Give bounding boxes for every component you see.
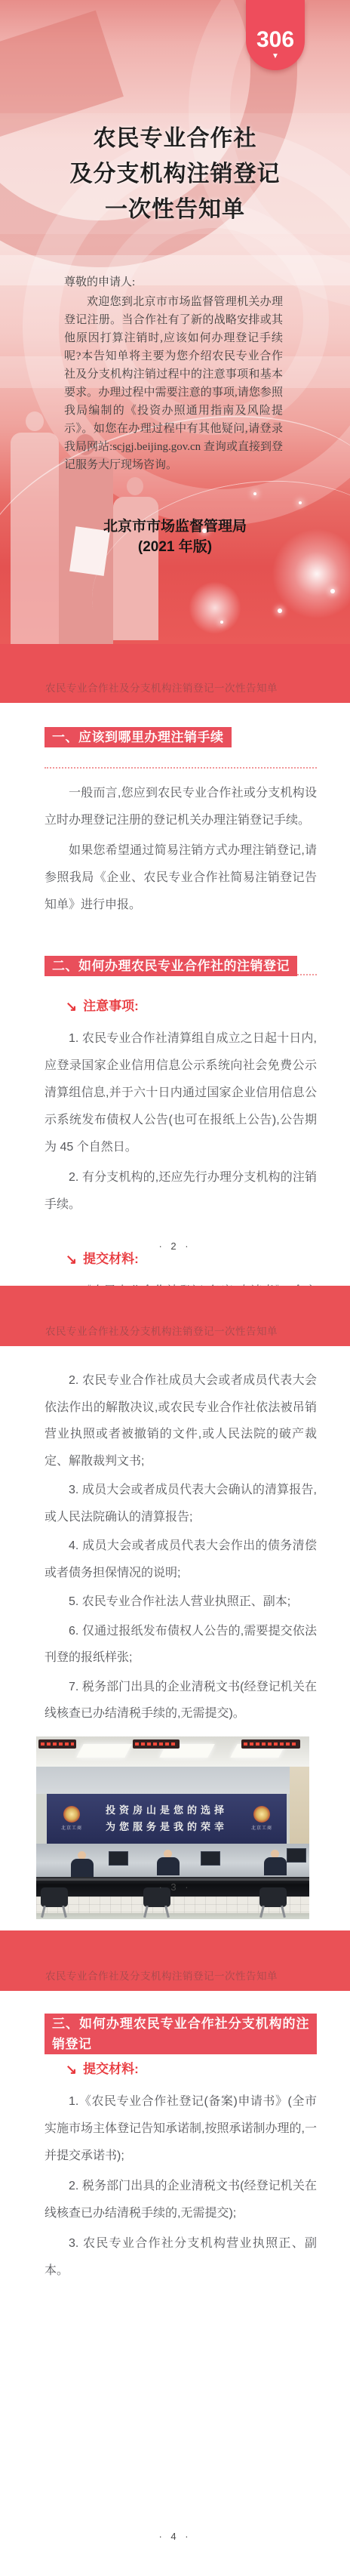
staff-figure: [262, 1850, 288, 1875]
banner-line: 投资房山是您的选择: [106, 1802, 228, 1819]
issuer-name: 北京市市场监督管理局: [0, 516, 350, 537]
section-1-heading: 一、应该到哪里办理注销手续: [45, 703, 317, 769]
issuer-block: 北京市市场监督管理局 (2021 年版): [0, 516, 350, 557]
paragraph: 如果您希望通过简易注销方式办理注销登记,请参照我局《企业、农民专业合作社简易注销…: [45, 837, 317, 919]
led-display: [241, 1739, 300, 1749]
material-item: 3. 成员大会或者成员代表大会确认的清算报告,或人民法院确认的清算报告;: [45, 1477, 317, 1530]
page-number: · 3 ·: [0, 1874, 350, 1901]
material-item: 7. 税务部门出具的企业清税文书(经登记机关在线核查已办结清税手续的,无需提交)…: [45, 1674, 317, 1727]
cover-page: 306 ▼ 农民专业合作社 及分支机构注销登记 一次性告知单 尊敬的申请人: 欢…: [0, 0, 350, 644]
monitor: [109, 1851, 128, 1866]
material-item: 4. 成员大会或者成员代表大会作出的债务清偿或者债务担保情况的说明;: [45, 1533, 317, 1586]
page-header-strip: 农民专业合作社及分支机构注销登记一次性告知单: [0, 1286, 350, 1346]
materials-label-row: ↘提交材料:: [66, 2059, 317, 2079]
material-item: 2. 税务部门出具的企业清税文书(经登记机关在线核查已办结清税手续的,无需提交)…: [45, 2173, 317, 2227]
emblem-icon: [63, 1806, 80, 1823]
page-header-title: 农民专业合作社及分支机构注销登记一次性告知单: [45, 1967, 278, 1983]
sparkle-dot: [330, 589, 335, 593]
cover-title-line: 农民专业合作社: [0, 121, 350, 156]
emblem-caption: 北京工商: [239, 1824, 284, 1831]
emblem-caption: 北京工商: [49, 1824, 94, 1831]
photo-wall: [36, 1767, 309, 1794]
page-header-strip: 农民专业合作社及分支机构注销登记一次性告知单: [0, 644, 350, 703]
section-heading-text: 一、应该到哪里办理注销手续: [45, 727, 232, 747]
led-display: [133, 1739, 180, 1749]
letter-body: 欢迎您到北京市市场监督管理机关办理登记注册。当合作社有了新的战略安排或其他原因打…: [64, 293, 283, 474]
page-number: · 4 ·: [0, 2523, 350, 2550]
arrow-icon: ↘: [66, 997, 77, 1016]
led-display: [38, 1739, 76, 1749]
material-item: 6. 仅通过报纸发布债权人公告的,需要提交依法刊登的报纸样张;: [45, 1618, 317, 1672]
salutation: 尊敬的申请人:: [64, 273, 283, 291]
section-2-heading: 二、如何办理农民专业合作社的注销登记: [45, 954, 317, 976]
arrow-icon: ↘: [66, 2060, 77, 2079]
page-header-title: 农民专业合作社及分支机构注销登记一次性告知单: [45, 679, 278, 695]
page-2: 一、应该到哪里办理注销手续 一般而言,您应到农民专业合作社或分支机构设立时办理登…: [0, 703, 350, 1286]
sparkle-dot: [299, 501, 302, 504]
material-item: 5. 农民专业合作社法人营业执照正、副本;: [45, 1588, 317, 1616]
issue-number-badge: 306 ▼: [246, 0, 305, 70]
service-banner: 投资房山是您的选择 为您服务是我的荣幸 北京工商 北京工商: [47, 1794, 287, 1844]
badge-number: 306: [246, 29, 305, 51]
notes-label: 注意事项:: [83, 999, 139, 1013]
chevron-down-icon: ▼: [246, 53, 305, 60]
material-item: 1.《农民专业合作社登记(备案)申请书》(全市实施市场主体登记告知承诺制,按照承…: [45, 1278, 317, 1286]
material-item: 1.《农民专业合作社登记(备案)申请书》(全市实施市场主体登记告知承诺制,按照承…: [45, 2088, 317, 2170]
ceiling-light: [76, 1744, 132, 1758]
page-number: · 2 ·: [0, 1233, 350, 1260]
material-item: 3. 农民专业合作社分支机构营业执照正、副本。: [45, 2230, 317, 2285]
sparkle-dot: [220, 621, 223, 624]
cover-title-line: 及分支机构注销登记: [0, 156, 350, 192]
monitor: [287, 1848, 306, 1863]
edition-label: (2021 年版): [0, 537, 350, 557]
material-item: 2. 农民专业合作社成员大会或者成员代表大会依法作出的解散决议,或农民专业合作社…: [45, 1367, 317, 1474]
page-3: 2. 农民专业合作社成员大会或者成员代表大会依法作出的解散决议,或农民专业合作社…: [0, 1346, 350, 1930]
banner-line: 为您服务是我的荣幸: [106, 1819, 228, 1835]
note-item: 1. 农民专业合作社清算组自成立之日起十日内,应登录国家企业信用信息公示系统向社…: [45, 1025, 317, 1161]
page-4: 三、如何办理农民专业合作社分支机构的注销登记 ↘提交材料: 1.《农民专业合作社…: [0, 1991, 350, 2576]
notice-document: 306 ▼ 农民专业合作社 及分支机构注销登记 一次性告知单 尊敬的申请人: 欢…: [0, 0, 350, 2576]
materials-label: 提交材料:: [83, 2062, 139, 2076]
staff-figure: [155, 1850, 181, 1875]
monitor: [201, 1851, 220, 1866]
sparkle-glow: [189, 581, 241, 634]
section-3-heading: 三、如何办理农民专业合作社分支机构的注销登记: [45, 2014, 317, 2036]
notes-label-row: ↘注意事项:: [66, 996, 317, 1016]
emblem-icon: [253, 1806, 270, 1823]
page-header-title: 农民专业合作社及分支机构注销登记一次性告知单: [45, 1323, 278, 1338]
welcome-letter: 尊敬的申请人: 欢迎您到北京市市场监督管理机关办理登记注册。当合作社有了新的战略…: [64, 273, 283, 474]
staff-figure: [69, 1851, 95, 1877]
cover-title-line: 一次性告知单: [0, 192, 350, 227]
sparkle-dot: [278, 609, 282, 613]
sparkle-dot: [253, 492, 256, 495]
banner-text: 投资房山是您的选择 为您服务是我的荣幸: [106, 1802, 228, 1835]
section-heading-text: 三、如何办理农民专业合作社分支机构的注销登记: [45, 2014, 317, 2054]
cover-title: 农民专业合作社 及分支机构注销登记 一次性告知单: [0, 121, 350, 227]
paragraph: 一般而言,您应到农民专业合作社或分支机构设立时办理登记注册的登记机关办理注销登记…: [45, 780, 317, 834]
note-item: 2. 有分支机构的,还应先行办理分支机构的注销手续。: [45, 1164, 317, 1219]
section-heading-text: 二、如何办理农民专业合作社的注销登记: [45, 956, 297, 976]
page-header-strip: 农民专业合作社及分支机构注销登记一次性告知单: [0, 1930, 350, 1991]
